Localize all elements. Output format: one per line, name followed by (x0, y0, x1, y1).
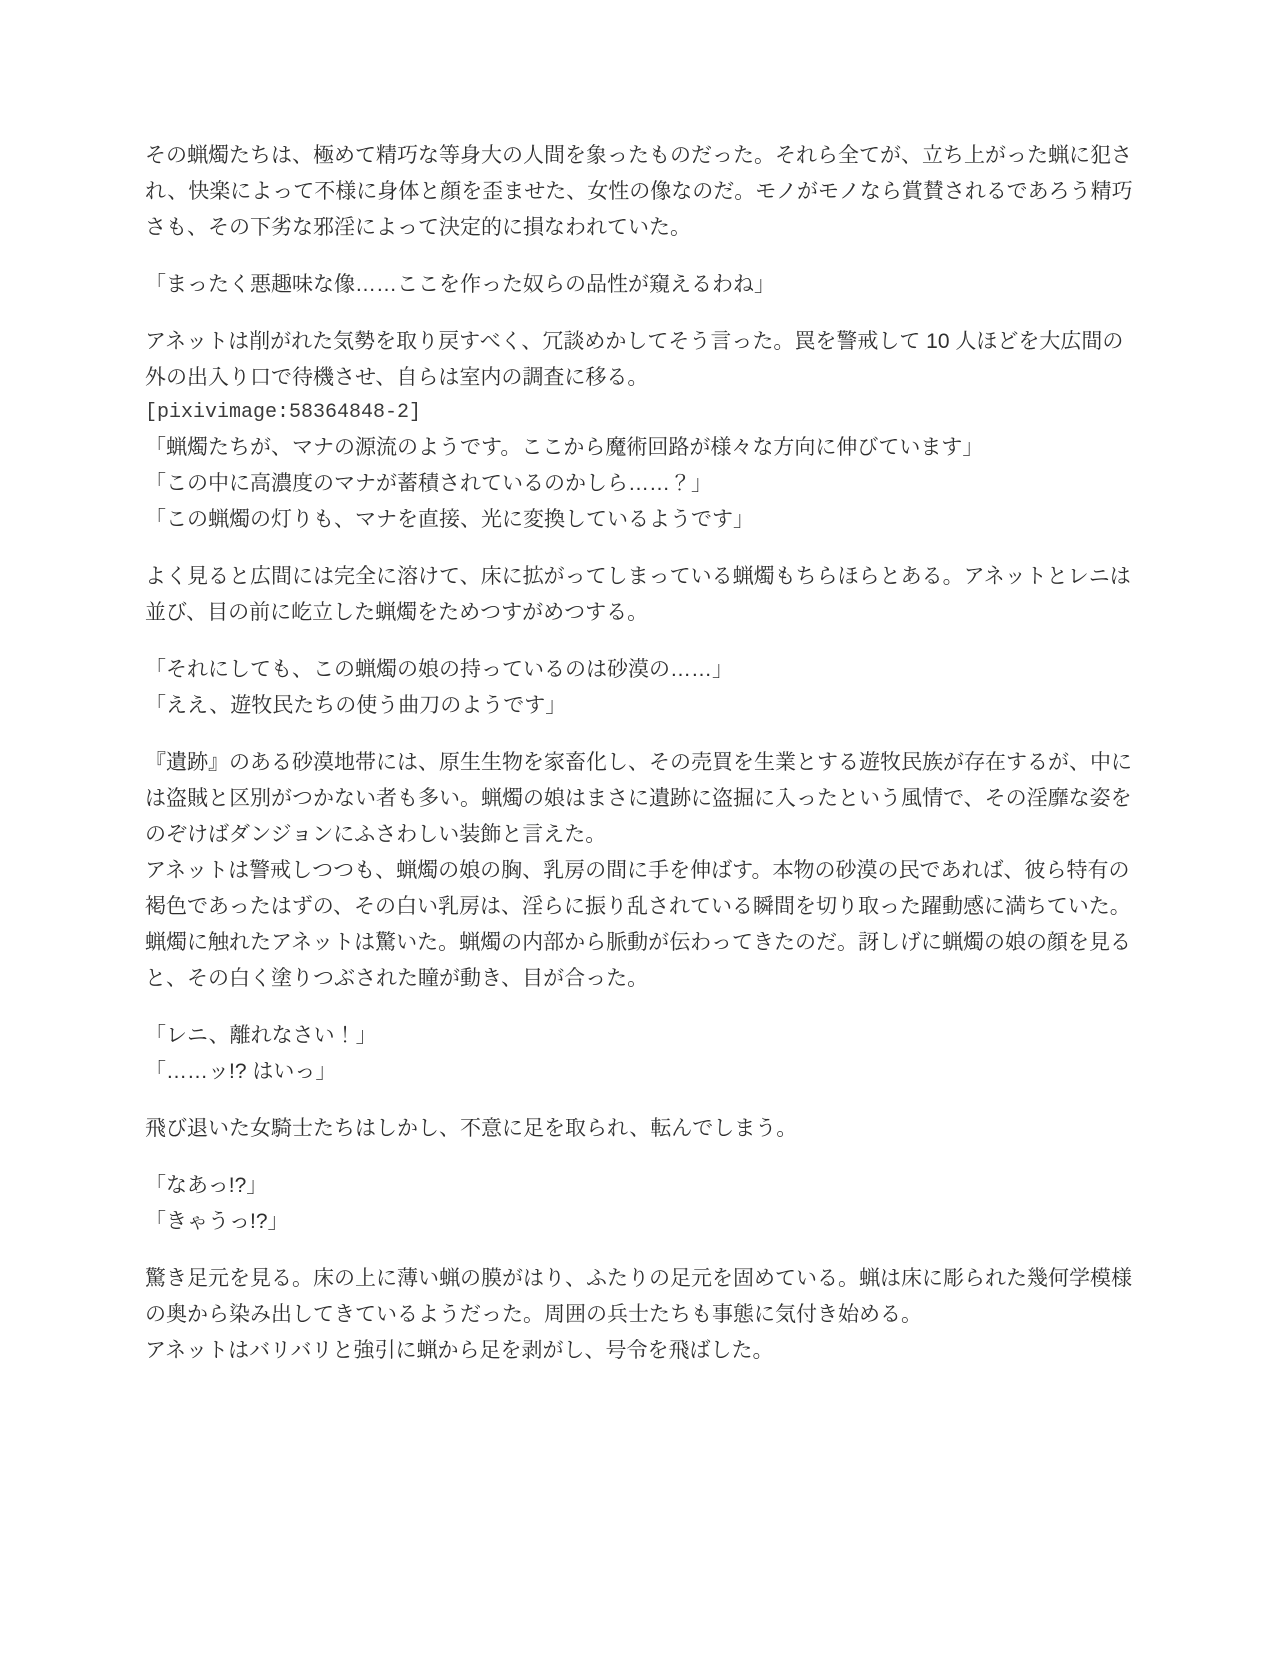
novel-paragraph: 驚き足元を見る。床の上に薄い蝋の膜がはり、ふたりの足元を固めている。蝋は床に彫ら… (145, 1261, 1135, 1333)
novel-paragraph: 飛び退いた女騎士たちはしかし、不意に足を取られ、転んでしまう。 (145, 1111, 1135, 1147)
blank-line (145, 1147, 1135, 1168)
blank-line (145, 1090, 1135, 1111)
dialogue-line: 「それにしても、この蝋燭の娘の持っているのは砂漠の……」 (145, 652, 1135, 688)
novel-paragraph: よく見ると広間には完全に溶けて、床に拡がってしまっている蝋燭もちらほらとある。ア… (145, 559, 1135, 631)
dialogue-line: 「この蝋燭の灯りも、マナを直接、光に変換しているようです」 (145, 502, 1135, 538)
novel-paragraph: その蝋燭たちは、極めて精巧な等身大の人間を象ったものだった。それら全てが、立ち上… (145, 138, 1135, 246)
blank-line (145, 1240, 1135, 1261)
novel-paragraph: 『遺跡』のある砂漠地帯には、原生生物を家畜化し、その売買を生業とする遊牧民族が存… (145, 745, 1135, 853)
dialogue-line: 「蝋燭たちが、マナの源流のようです。ここから魔術回路が様々な方向に伸びています」 (145, 430, 1135, 466)
dialogue-line: 「なあっ!?」 (145, 1168, 1135, 1204)
blank-line (145, 246, 1135, 267)
novel-paragraph: アネットはバリバリと強引に蝋から足を剥がし、号令を飛ばした。 (145, 1333, 1135, 1369)
novel-page: その蝋燭たちは、極めて精巧な等身大の人間を象ったものだった。それら全てが、立ち上… (0, 0, 1280, 1656)
dialogue-line: 「ええ、遊牧民たちの使う曲刀のようです」 (145, 688, 1135, 724)
blank-line (145, 631, 1135, 652)
dialogue-line: 「きゃうっ!?」 (145, 1204, 1135, 1240)
blank-line (145, 997, 1135, 1018)
pixiv-image-tag: [pixivimage:58364848-2] (145, 396, 1135, 430)
dialogue-line: 「……ッ!? はいっ」 (145, 1054, 1135, 1090)
blank-line (145, 724, 1135, 745)
blank-line (145, 538, 1135, 559)
novel-paragraph: アネットは警戒しつつも、蝋燭の娘の胸、乳房の間に手を伸ばす。本物の砂漠の民であれ… (145, 853, 1135, 997)
novel-paragraph: アネットは削がれた気勢を取り戻すべく、冗談めかしてそう言った。罠を警戒して 10… (145, 324, 1135, 396)
dialogue-line: 「まったく悪趣味な像……ここを作った奴らの品性が窺えるわね」 (145, 267, 1135, 303)
dialogue-line: 「レニ、離れなさい！」 (145, 1018, 1135, 1054)
blank-line (145, 303, 1135, 324)
dialogue-line: 「この中に高濃度のマナが蓄積されているのかしら……？」 (145, 466, 1135, 502)
novel-text: その蝋燭たちは、極めて精巧な等身大の人間を象ったものだった。それら全てが、立ち上… (145, 138, 1135, 1369)
